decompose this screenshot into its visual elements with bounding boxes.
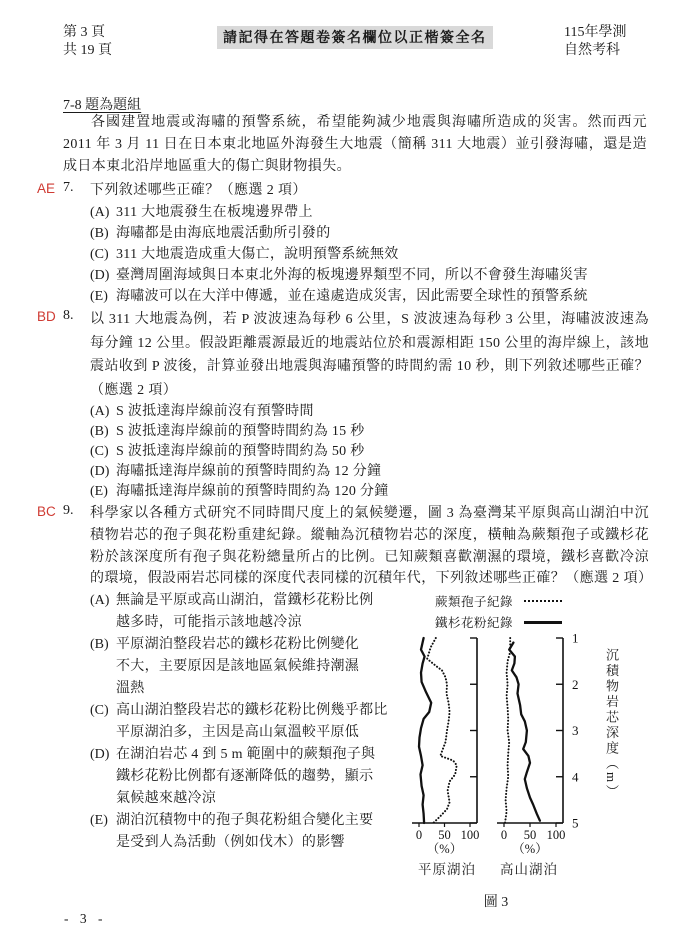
percent-tick-label: 100 [461, 828, 480, 842]
option-tag: (E) [90, 810, 116, 854]
panel-caption-mountain-lake: 高山湖泊 [494, 858, 564, 878]
question-9-stem: 科學家以各種方式研究不同時間尺度上的氣候變遷，圖 3 為臺灣某平原與高山湖泊中沉… [90, 503, 649, 590]
depth-tick-label: 4 [572, 769, 579, 784]
option-tag: (D) [90, 462, 116, 482]
option-8c: (C)S 波抵達海岸線前的預警時間約為 50 秒 [90, 442, 649, 462]
option-9c: (C)高山湖泊整段岩芯的鐵杉花粉比例幾乎都比 平原湖泊多，主因是高山氣溫較平原低 [90, 700, 422, 744]
option-text: 海嘯抵達海岸線前的預警時間約為 12 分鐘 [116, 462, 649, 482]
option-text: 臺灣周圍海域與日本東北外海的板塊邊界類型不同，所以不會發生海嘯災害 [116, 265, 649, 286]
percent-tick-label: 100 [547, 828, 566, 842]
option-tag: (E) [90, 286, 116, 307]
option-text: 高山湖泊整段岩芯的鐵杉花粉比例幾乎都比 平原湖泊多，主因是高山氣溫較平原低 [116, 700, 422, 744]
page-total-line: 共 19 頁 [63, 42, 112, 60]
option-8d: (D)海嘯抵達海岸線前的預警時間約為 12 分鐘 [90, 462, 649, 482]
option-tag: (E) [90, 482, 116, 502]
depth-axis-label: 沉積物岩芯深度（m） [602, 648, 621, 800]
exam-title-block: 115年學測 自然考科 [564, 24, 626, 60]
page-number-line: 第 3 頁 [63, 24, 112, 42]
series-solid-panel-0 [419, 638, 431, 823]
option-9e: (E)湖泊沉積物中的孢子與花粉組合變化主要 是受到人為活動（例如伐木）的影響 [90, 810, 422, 854]
question-7-number: 7. [63, 180, 90, 196]
question-7: AE 7. 下列敘述哪些正確？（應選 2 項） (A)311 大地震發生在板塊邊… [37, 180, 649, 307]
page-footer: - 3 - [64, 911, 107, 927]
answer-key-8: BD [37, 308, 63, 324]
series-dotted-panel-1 [505, 638, 510, 823]
percent-unit-label: （%） [427, 842, 462, 856]
option-7c: (C)311 大地震造成重大傷亡，說明預警系統無效 [90, 244, 649, 265]
option-8a: (A)S 波抵達海岸線前沒有預警時間 [90, 402, 649, 422]
option-text: 311 大地震造成重大傷亡，說明預警系統無效 [116, 244, 649, 265]
option-tag: (B) [90, 223, 116, 244]
series-dotted-panel-0 [427, 638, 457, 823]
question-8-head: BD 8. 以 311 大地震為例，若 P 波波速為每秒 6 公里，S 波波速為… [37, 308, 649, 402]
percent-tick-label: 0 [416, 828, 422, 842]
option-tag: (C) [90, 442, 116, 462]
percent-tick-label: 50 [438, 828, 451, 842]
percent-tick-label: 50 [524, 828, 537, 842]
question-8-stem: 以 311 大地震為例，若 P 波波速為每秒 6 公里，S 波波速為每秒 3 公… [90, 308, 649, 402]
option-text: 在湖泊岩芯 4 到 5 m 範圍中的蕨類孢子與 鐵杉花粉比例都有逐漸降低的趨勢，… [116, 744, 422, 810]
option-tag: (D) [90, 265, 116, 286]
answer-key-7: AE [37, 180, 63, 196]
option-tag: (A) [90, 402, 116, 422]
option-tag: (A) [90, 202, 116, 223]
option-7a: (A)311 大地震發生在板塊邊界帶上 [90, 202, 649, 223]
question-9-options: (A)無論是平原或高山湖泊，當鐵杉花粉比例 越多時，可能指示該地越冷涼 (B)平… [90, 590, 422, 854]
page-number-block: 第 3 頁 共 19 頁 [63, 24, 112, 60]
exam-year: 115年學測 [564, 24, 626, 42]
question-8: BD 8. 以 311 大地震為例，若 P 波波速為每秒 6 公里，S 波波速為… [37, 308, 649, 502]
depth-tick-label: 3 [572, 723, 579, 738]
option-7b: (B)海嘯都是由海底地震活動所引發的 [90, 223, 649, 244]
option-8e: (E)海嘯抵達海岸線前的預警時間約為 120 分鐘 [90, 482, 649, 502]
option-tag: (A) [90, 590, 116, 634]
option-text: 311 大地震發生在板塊邊界帶上 [116, 202, 649, 223]
option-7d: (D)臺灣周圍海域與日本東北外海的板塊邊界類型不同，所以不會發生海嘯災害 [90, 265, 649, 286]
option-text: S 波抵達海岸線前的預警時間約為 50 秒 [116, 442, 649, 462]
option-9a: (A)無論是平原或高山湖泊，當鐵杉花粉比例 越多時，可能指示該地越冷涼 [90, 590, 422, 634]
question-group-intro: 各國建置地震或海嘯的預警系統，希望能夠減少地震與海嘯所造成的災害。然而西元 20… [63, 112, 647, 178]
question-7-options: (A)311 大地震發生在板塊邊界帶上 (B)海嘯都是由海底地震活動所引發的 (… [90, 202, 649, 307]
option-9d: (D)在湖泊岩芯 4 到 5 m 範圍中的蕨類孢子與 鐵杉花粉比例都有逐漸降低的… [90, 744, 422, 810]
option-text: 海嘯波可以在大洋中傳遞，並在遠處造成災害，因此需要全球性的預警系統 [116, 286, 649, 307]
figure-3: 蕨類孢子紀錄 鐵杉花粉紀錄 050100（%）12345050100（%） 沉積… [405, 590, 653, 920]
question-8-options: (A)S 波抵達海岸線前沒有預警時間 (B)S 波抵達海岸線前的預警時間約為 1… [90, 402, 649, 502]
option-text: 湖泊沉積物中的孢子與花粉組合變化主要 是受到人為活動（例如伐木）的影響 [116, 810, 422, 854]
option-text: 平原湖泊整段岩芯的鐵杉花粉比例變化 不大，主要原因是該地區氣候維持潮濕 溫熱 [116, 634, 422, 700]
depth-tick-label: 2 [572, 677, 579, 692]
option-text: S 波抵達海岸線前沒有預警時間 [116, 402, 649, 422]
panel-caption-plain-lake: 平原湖泊 [412, 858, 482, 878]
option-9b: (B)平原湖泊整段岩芯的鐵杉花粉比例變化 不大，主要原因是該地區氣候維持潮濕 溫… [90, 634, 422, 700]
option-tag: (C) [90, 244, 116, 265]
exam-page: 第 3 頁 共 19 頁 請記得在答題卷簽名欄位以正楷簽全名 115年學測 自然… [0, 0, 681, 942]
option-8b: (B)S 波抵達海岸線前的預警時間約為 15 秒 [90, 422, 649, 442]
option-tag: (D) [90, 744, 116, 810]
depth-tick-label: 5 [572, 816, 579, 831]
series-solid-panel-1 [509, 643, 540, 821]
percent-tick-label: 0 [501, 828, 507, 842]
question-7-head: AE 7. 下列敘述哪些正確？（應選 2 項） [37, 180, 649, 202]
option-text: 海嘯抵達海岸線前的預警時間約為 120 分鐘 [116, 482, 649, 502]
answer-key-9: BC [37, 503, 63, 519]
question-9-number: 9. [63, 503, 90, 519]
depth-tick-label: 1 [572, 631, 579, 646]
percent-unit-label: （%） [512, 842, 547, 856]
question-9-head: BC 9. 科學家以各種方式研究不同時間尺度上的氣候變遷，圖 3 為臺灣某平原與… [37, 503, 649, 590]
option-text: S 波抵達海岸線前的預警時間約為 15 秒 [116, 422, 649, 442]
question-group-title: 7-8 題為題組 [63, 94, 141, 114]
option-7e: (E)海嘯波可以在大洋中傳遞，並在遠處造成災害，因此需要全球性的預警系統 [90, 286, 649, 307]
option-tag: (C) [90, 700, 116, 744]
question-7-stem: 下列敘述哪些正確？（應選 2 項） [90, 180, 649, 202]
question-8-number: 8. [63, 308, 90, 324]
signature-notice: 請記得在答題卷簽名欄位以正楷簽全名 [217, 26, 493, 49]
option-text: 無論是平原或高山湖泊，當鐵杉花粉比例 越多時，可能指示該地越冷涼 [116, 590, 422, 634]
option-text: 海嘯都是由海底地震活動所引發的 [116, 223, 649, 244]
option-tag: (B) [90, 422, 116, 442]
option-tag: (B) [90, 634, 116, 700]
exam-subject: 自然考科 [564, 42, 626, 60]
figure-caption: 圖 3 [461, 891, 531, 911]
